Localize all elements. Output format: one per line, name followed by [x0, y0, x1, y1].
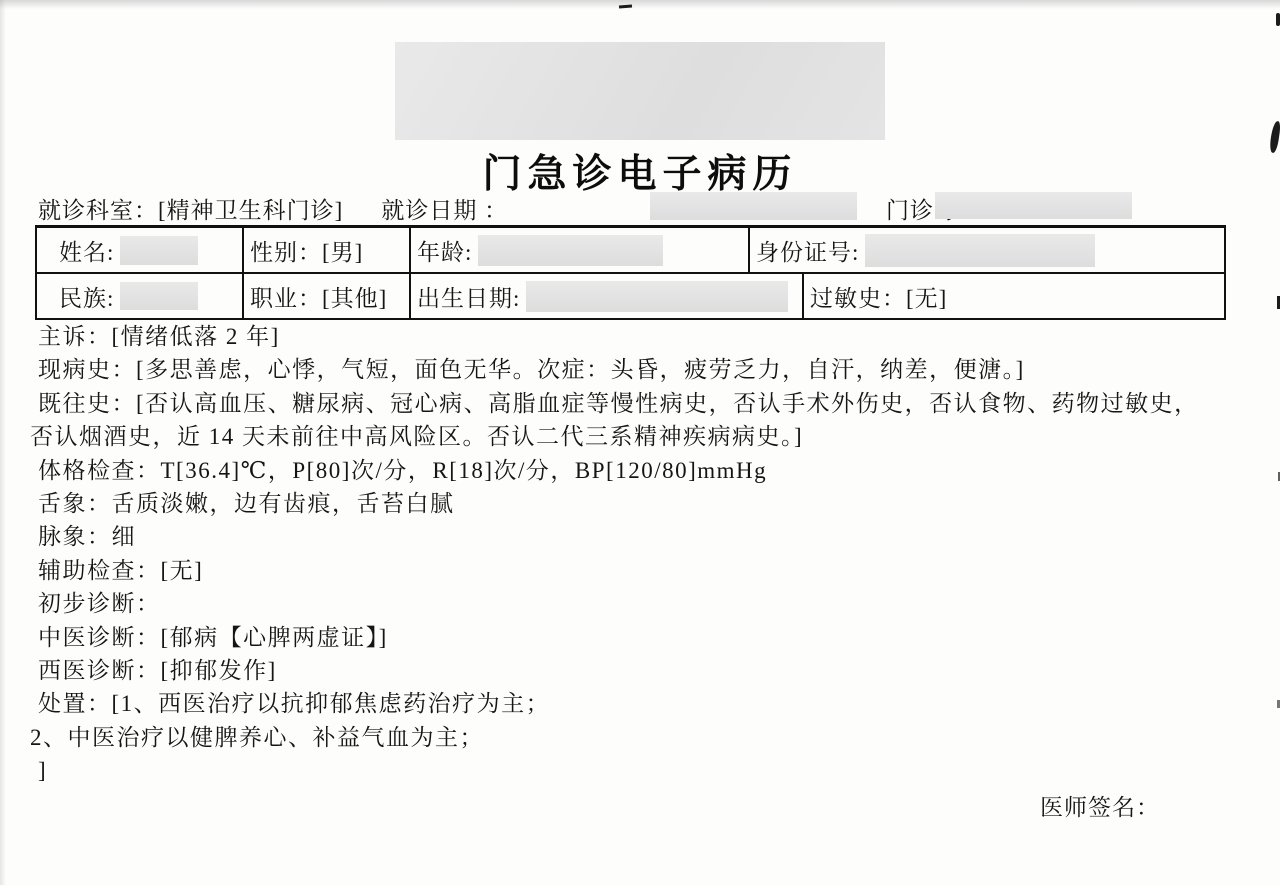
- occupation-label: 职业：: [250, 280, 322, 313]
- cell-age: 年龄:: [409, 228, 748, 272]
- cell-allergy-history: 过敏史： [无]: [802, 274, 1220, 318]
- cell-id-number: 身份证号:: [748, 228, 1220, 272]
- past-history-line-1: 既往史：[否认高血压、糖尿病、冠心病、高脂血症等慢性病史，否认手术外伤史，否认食…: [30, 387, 1245, 420]
- scan-artifact: [1276, 13, 1280, 26]
- sex-label: 性别：: [250, 234, 322, 267]
- redacted-visit-date: [650, 192, 857, 220]
- chief-complaint-line: 主诉：[情绪低落 2 年]: [30, 320, 1245, 353]
- redacted-outpatient-no: [935, 192, 1132, 219]
- document-title: 门急诊电子病历: [0, 143, 1280, 199]
- tongue-sign-line: 舌象：舌质淡嫩，边有齿痕，舌苔白腻: [30, 487, 1245, 520]
- department-label: 就诊科室：: [38, 198, 158, 223]
- name-label: 姓名:: [59, 234, 114, 267]
- disposition-line-1: 处置：[1、西医治疗以抗抑郁焦虑药治疗为主；: [30, 687, 1245, 720]
- visit-header-line: 就诊科室：[精神卫生科门诊]就诊日期 ： 门诊号:: [38, 192, 1242, 222]
- id-number-label: 身份证号:: [756, 234, 859, 267]
- disposition-closing-bracket: ]: [30, 754, 1245, 787]
- scanned-medical-record-page: 门急诊电子病历 就诊科室：[精神卫生科门诊]就诊日期 ： 门诊号: 姓名: 性别…: [0, 0, 1280, 885]
- cell-birth-date: 出生日期:: [409, 274, 802, 318]
- scan-edge-shade-left: [0, 0, 6, 885]
- pulse-sign-line: 脉象：细: [30, 520, 1245, 553]
- cell-sex: 性别： [男]: [242, 228, 409, 272]
- allergy-history-value: [无]: [906, 280, 947, 313]
- redacted-birth-date: [526, 281, 788, 312]
- redacted-id-number: [865, 234, 1095, 267]
- past-history-line-2: 否认烟酒史，近 14 天未前往中高风险区。否认二代三系精神疾病病史。]: [30, 420, 1245, 453]
- cell-name: 姓名:: [37, 228, 242, 272]
- redacted-name: [120, 236, 198, 265]
- physician-signature-label: 医师签名：: [1040, 789, 1160, 822]
- preliminary-diagnosis-line: 初步诊断：: [30, 587, 1245, 620]
- redacted-hospital-name-block: [395, 42, 885, 140]
- patient-table-row: 姓名: 性别： [男] 年龄: 身份证号:: [37, 228, 1224, 272]
- age-label: 年龄:: [417, 234, 472, 267]
- patient-table-row: 民族: 职业： [其他] 出生日期: 过敏史： [无]: [37, 272, 1224, 318]
- allergy-history-label: 过敏史：: [810, 280, 906, 313]
- disposition-line-2: 2、中医治疗以健脾养心、补益气血为主；: [30, 721, 1245, 754]
- ethnicity-label: 民族:: [59, 280, 114, 313]
- redacted-age: [478, 235, 663, 266]
- patient-info-table: 姓名: 性别： [男] 年龄: 身份证号: 民族: 职业：: [35, 225, 1226, 320]
- birth-date-label: 出生日期:: [417, 280, 520, 313]
- occupation-value: [其他]: [322, 280, 387, 313]
- western-diagnosis-line: 西医诊断：[抑郁发作]: [30, 654, 1245, 687]
- redacted-ethnicity: [120, 282, 198, 310]
- clinical-record-text: 主诉：[情绪低落 2 年] 现病史：[多思善虑，心悸，气短，面色无华。次症：头昏…: [30, 320, 1245, 788]
- auxiliary-exam-line: 辅助检查：[无]: [30, 554, 1245, 587]
- scan-edge-shade-top: [0, 0, 1280, 9]
- physical-exam-line: 体格检查：T[36.4]℃，P[80]次/分，R[18]次/分，BP[120/8…: [30, 454, 1245, 487]
- department-value: [精神卫生科门诊]: [158, 198, 343, 223]
- tcm-diagnosis-line: 中医诊断：[郁病【心脾两虚证】]: [30, 621, 1245, 654]
- sex-value: [男]: [322, 234, 363, 267]
- cell-occupation: 职业： [其他]: [242, 274, 409, 318]
- present-illness-line: 现病史：[多思善虑，心悸，气短，面色无华。次症：头昏，疲劳乏力，自汗，纳差，便溏…: [30, 353, 1245, 386]
- visit-date-label: 就诊日期 ：: [381, 198, 508, 223]
- cell-ethnicity: 民族:: [37, 274, 242, 318]
